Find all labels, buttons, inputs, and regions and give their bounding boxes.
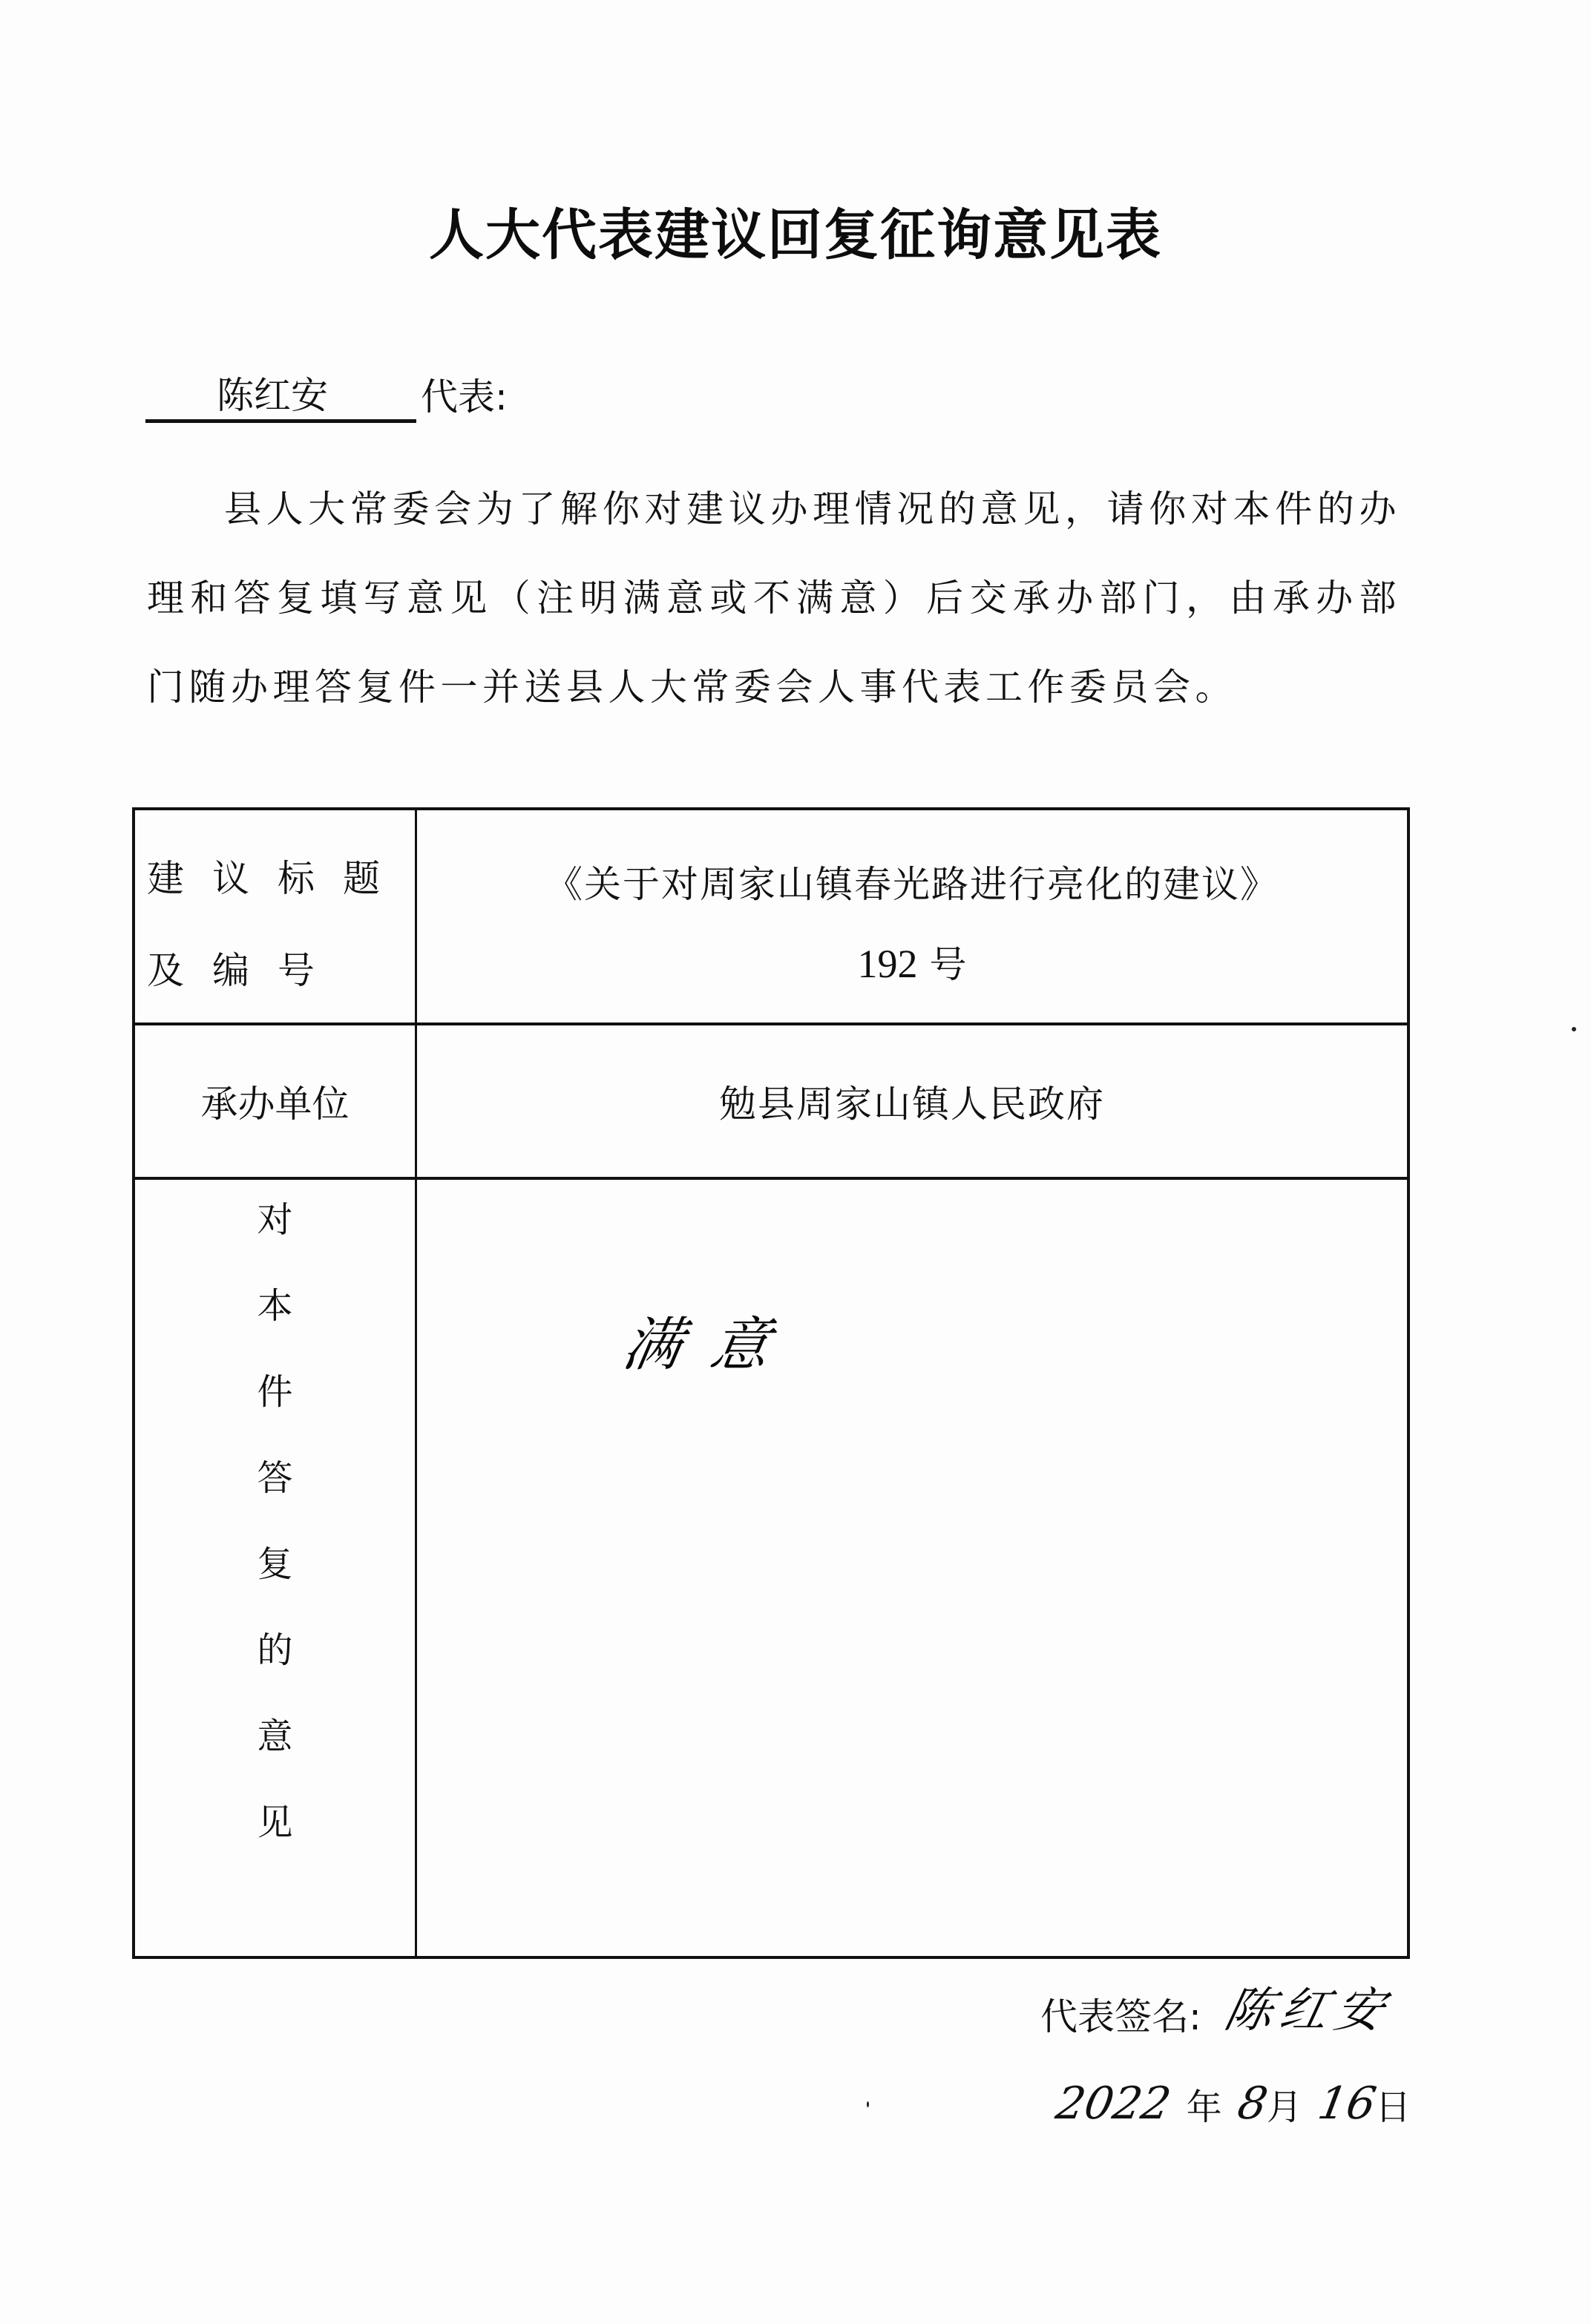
suggestion-title-text: 《关于对周家山镇春光路进行亮化的建议》 bbox=[417, 855, 1407, 908]
date-year-unit: 年 bbox=[1187, 2078, 1222, 2130]
label-char: 复 bbox=[257, 1542, 292, 1628]
row-handling-unit: 承办单位 勉县周家山镇人民政府 bbox=[135, 1025, 1407, 1180]
signature-label: 代表签名: bbox=[1040, 1987, 1201, 2041]
label-char: 见 bbox=[257, 1800, 292, 1886]
label-line-1: 建议标题 bbox=[147, 857, 408, 900]
handwritten-signature: 陈红安 bbox=[1219, 1972, 1399, 2041]
label-suggestion-title: 建议标题 及编号 bbox=[135, 810, 417, 1023]
signature-line: 代表签名: 陈红安 bbox=[1040, 1972, 1391, 2041]
salutation: 陈红安 代表: bbox=[145, 371, 508, 423]
label-opinion: 对 本 件 答 复 的 意 见 bbox=[135, 1180, 417, 1959]
label-handling-unit: 承办单位 bbox=[135, 1025, 417, 1177]
feedback-form-table: 建议标题 及编号 《关于对周家山镇春光路进行亮化的建议》 192 号 承办单位 … bbox=[132, 807, 1410, 1959]
row-opinion: 对 本 件 答 复 的 意 见 满意 代表签名: 陈红安 2022 bbox=[135, 1180, 1407, 1959]
intro-paragraph: 县人大常委会为了解你对建议办理情况的意见，请你对本件的办理和答复填写意见（注明满… bbox=[147, 465, 1401, 732]
row-suggestion-title: 建议标题 及编号 《关于对周家山镇春光路进行亮化的建议》 192 号 bbox=[135, 810, 1407, 1025]
signature-date: 2022 年 8 月 16 日 bbox=[1057, 2078, 1411, 2130]
value-handling-unit: 勉县周家山镇人民政府 bbox=[417, 1025, 1407, 1177]
scanned-page: 人大代表建议回复征询意见表 陈红安 代表: 县人大常委会为了解你对建议办理情况的… bbox=[0, 0, 1591, 2324]
representative-name-field: 陈红安 bbox=[145, 372, 416, 423]
date-month-unit: 月 bbox=[1267, 2078, 1302, 2130]
label-char: 对 bbox=[257, 1198, 292, 1284]
value-suggestion-title: 《关于对周家山镇春光路进行亮化的建议》 192 号 bbox=[417, 810, 1407, 1023]
handwritten-opinion: 满意 bbox=[617, 1299, 807, 1382]
scan-speck bbox=[1572, 1027, 1576, 1031]
label-line-2: 及编号 bbox=[147, 925, 415, 1017]
suggestion-number-suffix: 号 bbox=[929, 943, 966, 986]
label-char: 本 bbox=[257, 1284, 292, 1370]
date-year: 2022 bbox=[1052, 2078, 1175, 2130]
page-title: 人大代表建议回复征询意见表 bbox=[0, 191, 1591, 270]
date-day-unit: 日 bbox=[1375, 2078, 1411, 2130]
salutation-suffix: 代表: bbox=[421, 371, 508, 423]
suggestion-number-value: 192 bbox=[858, 942, 918, 986]
vertical-label: 对 本 件 答 复 的 意 见 bbox=[253, 1198, 298, 1959]
date-day: 16 bbox=[1314, 2078, 1380, 2130]
value-opinion: 满意 代表签名: 陈红安 2022 年 8 月 16 日 bbox=[417, 1180, 1407, 1959]
label-char: 件 bbox=[257, 1370, 292, 1456]
suggestion-number: 192 号 bbox=[417, 935, 1407, 988]
date-month: 8 bbox=[1234, 2078, 1272, 2130]
label-char: 答 bbox=[257, 1456, 292, 1542]
label-char: 意 bbox=[257, 1714, 292, 1800]
scan-speck bbox=[867, 2101, 869, 2107]
label-char: 的 bbox=[257, 1628, 292, 1714]
